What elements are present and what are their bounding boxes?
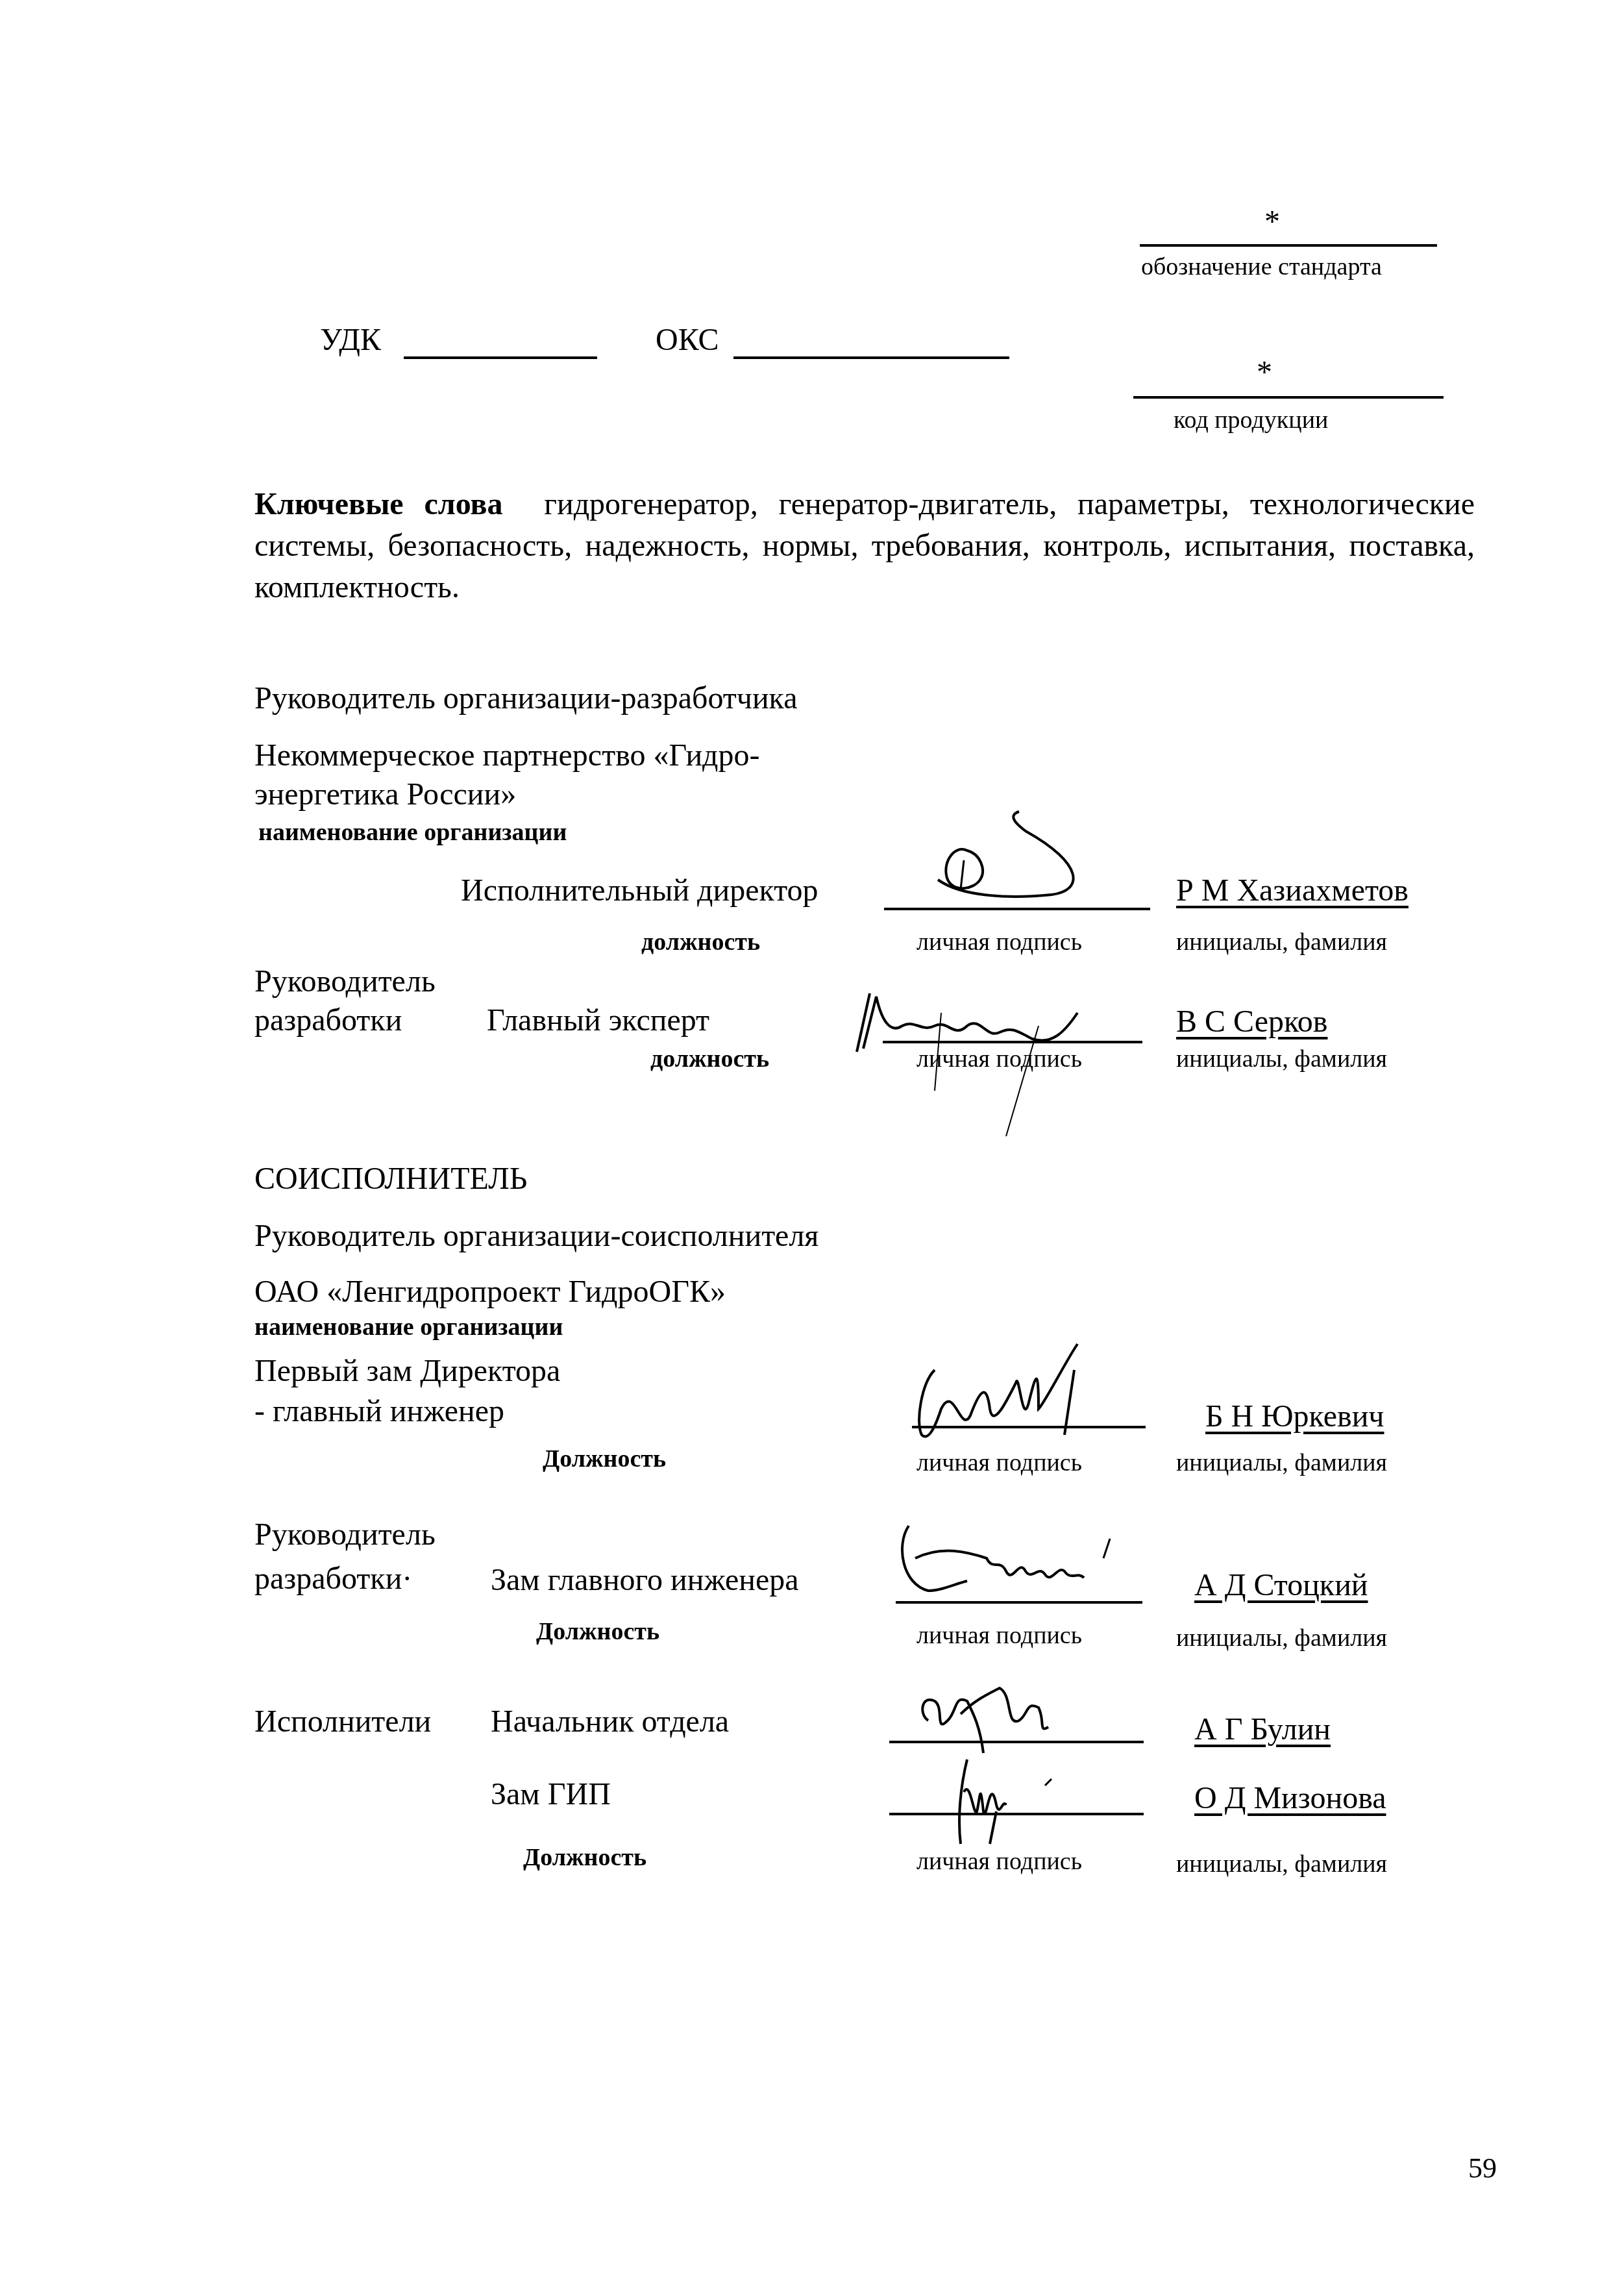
developer-head-name: Р М Хазиахметов (1176, 875, 1409, 906)
position-caption: Должность (543, 1447, 666, 1471)
standard-designation-caption: обозначение стандарта (1141, 255, 1382, 279)
product-code-marker: * (1257, 357, 1272, 388)
position-caption: Должность (523, 1845, 646, 1870)
developer-org-line2: энергетика России» (254, 779, 516, 810)
coexec-lead-role-line2: разработки· (254, 1563, 412, 1595)
standard-designation-marker: * (1264, 206, 1280, 238)
name-caption: инициалы, фамилия (1176, 930, 1387, 954)
oks-label: ОКС (656, 325, 719, 356)
keywords-label: Ключевые слова (254, 487, 503, 521)
name-caption: инициалы, фамилия (1176, 1047, 1387, 1071)
coexecutor-head-position-line2: - главный инженер (254, 1396, 504, 1427)
name-caption: инициалы, фамилия (1176, 1852, 1387, 1876)
coexecutor-head-name: Б Н Юркевич (1205, 1401, 1384, 1432)
signature-icon (889, 1519, 1162, 1613)
signature-caption: личная подпись (917, 1047, 1082, 1071)
coexecutor-title: СОИСПОЛНИТЕЛЬ (254, 1163, 527, 1195)
page-number: 59 (1468, 2154, 1497, 2183)
name-caption: инициалы, фамилия (1176, 1626, 1387, 1650)
executors-role: Исполнители (254, 1706, 431, 1737)
signature-caption: личная подпись (917, 1623, 1082, 1648)
developer-org-line1: Некоммерческое партнерство «Гидро- (254, 740, 759, 771)
dev-lead-role-line1: Руководитель (254, 966, 436, 997)
signature-icon (909, 1344, 1181, 1464)
developer-head-position: Исполнительный директор (461, 875, 818, 906)
name-caption: инициалы, фамилия (1176, 1450, 1387, 1475)
signature-icon (928, 818, 1110, 912)
executor-name: А Г Булин (1194, 1714, 1331, 1745)
executor-position: Зам ГИП (491, 1779, 611, 1810)
coexecutor-org: ОАО «Ленгидропроект ГидроОГК» (254, 1276, 726, 1308)
product-code-caption: код продукции (1174, 408, 1328, 432)
coexec-lead-position: Зам главного инженера (491, 1565, 799, 1596)
developer-heading: Руководитель организации-разработчика (254, 683, 798, 714)
keywords-paragraph: Ключевые слова гидрогенератор, генератор… (254, 484, 1475, 608)
coexecutor-head-position-line1: Первый зам Директора (254, 1356, 560, 1387)
developer-org-caption: наименование организации (258, 820, 567, 845)
position-caption: должность (641, 930, 760, 954)
coexecutor-heading: Руководитель организации-соисполнителя (254, 1221, 818, 1252)
signature-caption: личная подпись (917, 1450, 1082, 1475)
position-caption: должность (650, 1047, 769, 1071)
signature-caption: личная подпись (917, 930, 1082, 954)
signature-caption: личная подпись (917, 1849, 1082, 1874)
udk-label: УДК (320, 325, 381, 356)
dev-lead-role-line2: разработки (254, 1005, 402, 1036)
position-caption: Должность (536, 1619, 659, 1644)
standard-designation-line (1140, 244, 1437, 247)
coexec-lead-role-line1: Руководитель (254, 1519, 436, 1550)
udk-field[interactable] (404, 356, 597, 359)
product-code-line (1133, 396, 1444, 399)
dev-lead-position: Главный эксперт (487, 1005, 709, 1036)
executor-position: Начальник отдела (491, 1706, 729, 1737)
coexec-lead-name: А Д Стоцкий (1194, 1570, 1368, 1601)
coexecutor-org-caption: наименование организации (254, 1315, 563, 1339)
dev-lead-name: В С Серков (1176, 1006, 1327, 1038)
oks-field[interactable] (733, 356, 1009, 359)
signature-icon (948, 1753, 1077, 1860)
executor-name: О Д Мизонова (1194, 1783, 1386, 1814)
